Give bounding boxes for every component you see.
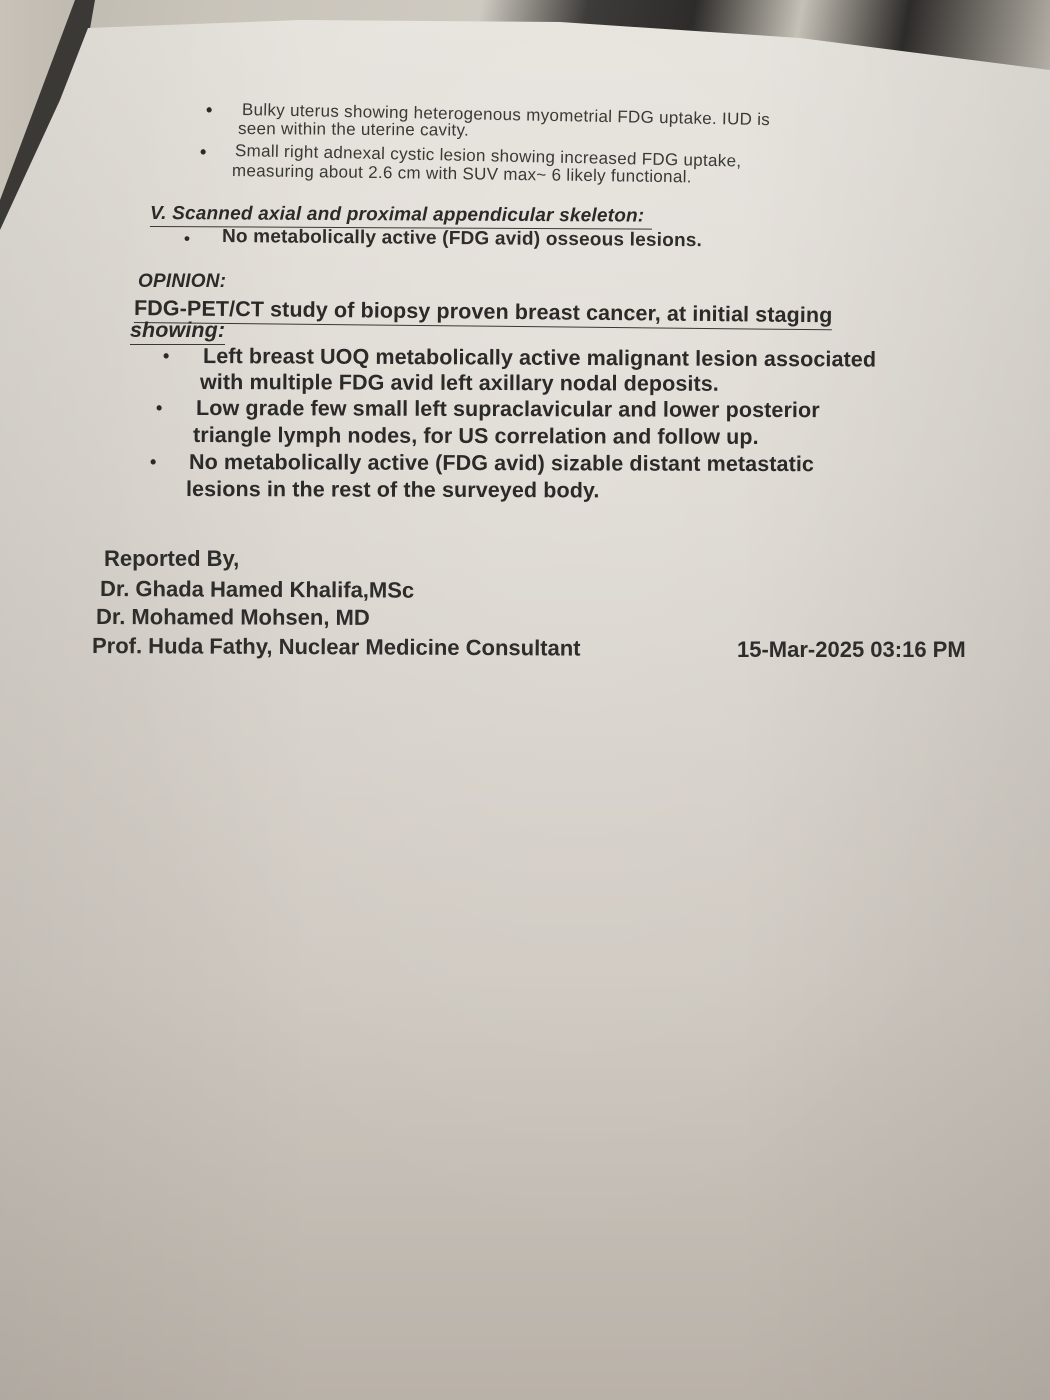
bullet-icon: • bbox=[156, 398, 162, 419]
skeleton-finding: No metabolically active (FDG avid) osseo… bbox=[222, 226, 702, 252]
pelvis-finding-1-line2: seen within the uterine cavity. bbox=[238, 119, 469, 141]
opinion-heading: OPINION: bbox=[138, 271, 226, 293]
opinion-item-2-line2: triangle lymph nodes, for US correlation… bbox=[193, 423, 759, 450]
opinion-item-1-line1: Left breast UOQ metabolically active mal… bbox=[203, 344, 876, 373]
report-content: • Bulky uterus showing heterogenous myom… bbox=[0, 0, 1050, 1400]
reporter-2: Dr. Mohamed Mohsen, MD bbox=[96, 604, 370, 631]
opinion-item-2-line1: Low grade few small left supraclavicular… bbox=[196, 396, 820, 423]
opinion-summary-line2: showing: bbox=[130, 318, 225, 345]
bullet-icon: • bbox=[206, 100, 212, 121]
reporter-1: Dr. Ghada Hamed Khalifa,MSc bbox=[100, 576, 414, 604]
reported-by-label: Reported By, bbox=[104, 546, 239, 572]
reporter-3: Prof. Huda Fathy, Nuclear Medicine Consu… bbox=[92, 633, 581, 662]
bullet-icon: • bbox=[150, 452, 156, 473]
report-timestamp: 15-Mar-2025 03:16 PM bbox=[737, 637, 966, 663]
bullet-icon: • bbox=[200, 142, 206, 163]
opinion-item-1-line2: with multiple FDG avid left axillary nod… bbox=[200, 370, 719, 397]
bullet-icon: • bbox=[163, 346, 169, 367]
opinion-summary-line1: FDG-PET/CT study of biopsy proven breast… bbox=[134, 296, 833, 330]
opinion-item-3-line2: lesions in the rest of the surveyed body… bbox=[186, 477, 600, 503]
bullet-icon: • bbox=[184, 229, 190, 249]
opinion-item-3-line1: No metabolically active (FDG avid) sizab… bbox=[189, 450, 814, 477]
